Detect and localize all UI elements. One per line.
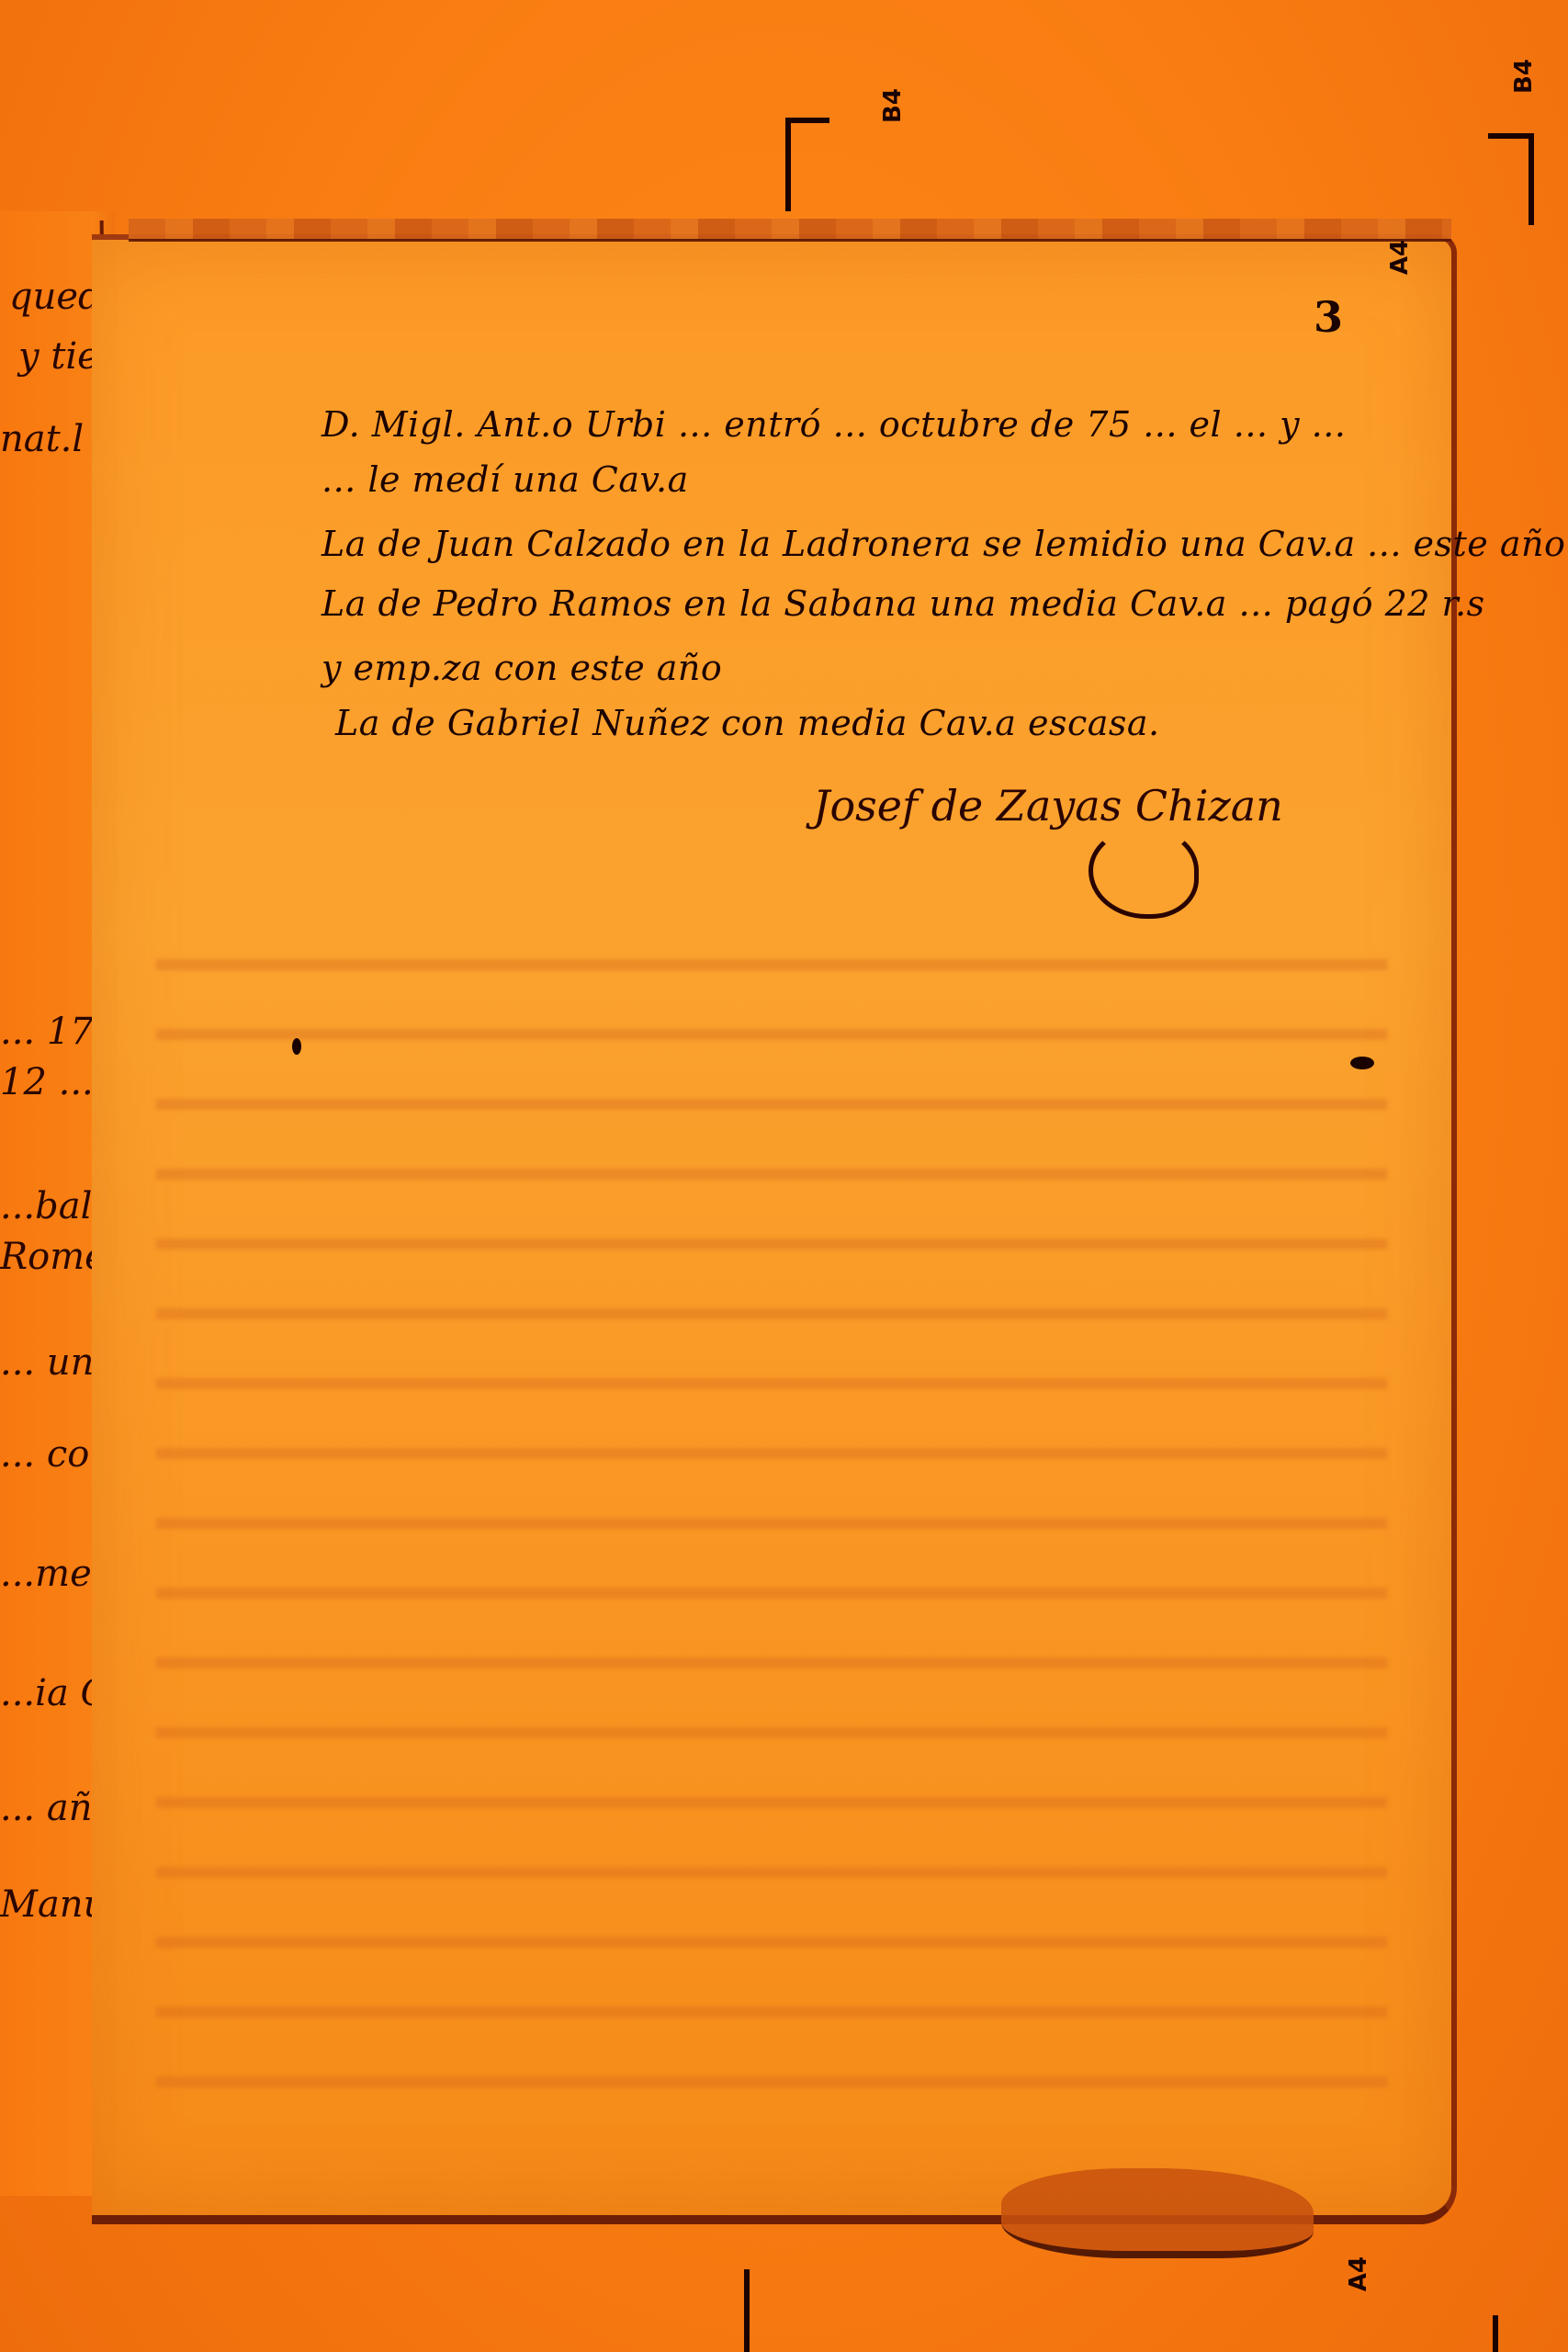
torn-bottom-edge	[1001, 2168, 1314, 2258]
crop-label-a4-top: A4	[1386, 240, 1414, 275]
crop-mark-top-left-h	[785, 118, 829, 123]
folio-number: 3	[1314, 292, 1343, 342]
ink-blot	[1350, 1057, 1374, 1069]
crop-mark-top-left-v	[785, 118, 791, 211]
ink-blot	[292, 1038, 301, 1055]
text-line-3: La de Juan Calzado en la Ladronera se le…	[321, 524, 1565, 564]
text-line-6: La de Gabriel Nuñez con media Cav.a esca…	[335, 703, 1160, 743]
crop-mark-top-right-h	[1488, 133, 1534, 139]
text-line-1: D. Migl. Ant.o Urbi ... entró ... octubr…	[321, 404, 1346, 445]
text-line-5: y emp.za con este año	[321, 648, 722, 688]
crop-label-b4-right: B4	[1510, 59, 1538, 94]
faded-bleedthrough-text	[156, 919, 1387, 2113]
left-page-text: nat.l	[0, 418, 84, 460]
text-line-2: ... le medí una Cav.a	[321, 459, 689, 500]
left-page-text: ... un	[0, 1341, 94, 1384]
left-page-text: 12 ...	[0, 1061, 94, 1103]
crop-label-a4-bottom: A4	[1345, 2256, 1372, 2291]
text-line-4: La de Pedro Ramos en la Sabana una media…	[321, 583, 1485, 624]
crop-mark-bottom-right	[1493, 2315, 1498, 2352]
signature: Josef de Zayas Chizan	[813, 781, 1283, 831]
torn-top-edge	[129, 219, 1451, 242]
crop-label-b4-left: B4	[879, 88, 907, 123]
signature-rubric	[1089, 827, 1199, 919]
crop-mark-top-right-v	[1529, 133, 1534, 225]
crop-mark-bottom-left	[744, 2269, 750, 2352]
